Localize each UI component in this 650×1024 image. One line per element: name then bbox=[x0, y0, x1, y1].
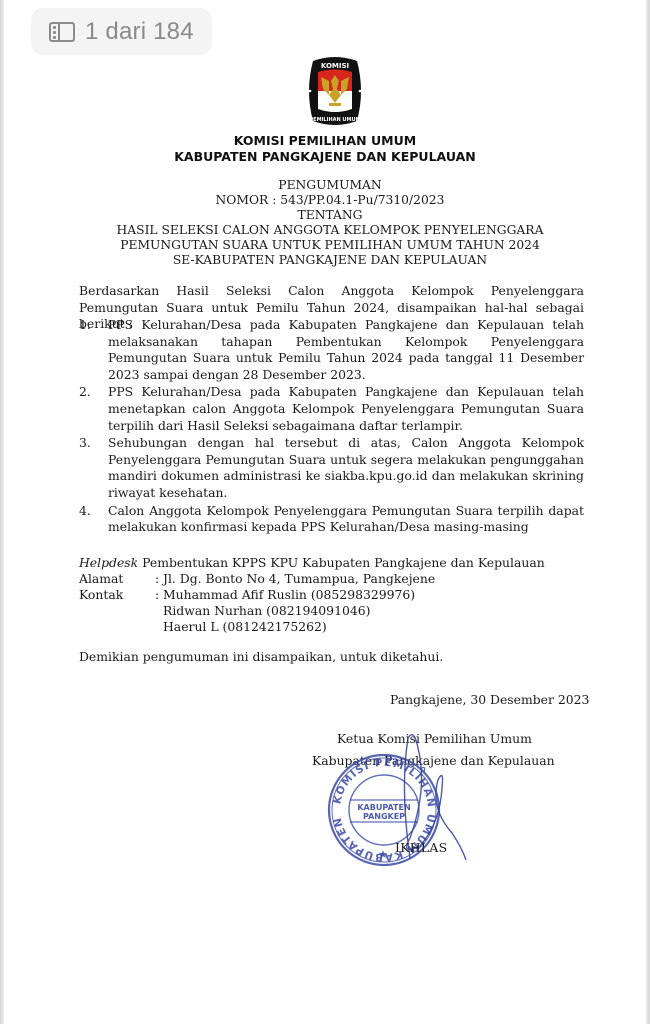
helpdesk-section: Helpdesk Pembentukan KPPS KPU Kabupaten … bbox=[79, 555, 599, 635]
contact-value: Muhammad Afif Ruslin (085298329976) bbox=[163, 587, 415, 603]
contact-row: Kontak : Muhammad Afif Ruslin (085298329… bbox=[79, 587, 599, 603]
helpdesk-heading: Helpdesk Pembentukan KPPS KPU Kabupaten … bbox=[79, 555, 599, 571]
org-name-line2: KABUPATEN PANGKAJENE DAN KEPULAUAN bbox=[0, 149, 650, 165]
list-text: Sehubungan dengan hal tersebut di atas, … bbox=[108, 435, 584, 501]
list-number: 3. bbox=[79, 435, 108, 501]
list-item: 1. PPS Kelurahan/Desa pada Kabupaten Pan… bbox=[79, 317, 584, 383]
announcement-subject-line: HASIL SELEKSI CALON ANGGOTA KELOMPOK PEN… bbox=[0, 223, 650, 238]
contact-value: Ridwan Nurhan (082194091046) bbox=[79, 603, 599, 619]
list-number: 4. bbox=[79, 503, 108, 536]
list-text: PPS Kelurahan/Desa pada Kabupaten Pangka… bbox=[108, 317, 584, 383]
list-text: PPS Kelurahan/Desa pada Kabupaten Pangka… bbox=[108, 384, 584, 434]
address-value: Jl. Dg. Bonto No 4, Tumampua, Pangkejene bbox=[163, 571, 435, 587]
signatory-name: IKHLAS bbox=[395, 840, 447, 855]
announcement-subject-line: PEMUNGUTAN SUARA UNTUK PEMILIHAN UMUM TA… bbox=[0, 238, 650, 253]
list-number: 1. bbox=[79, 317, 108, 383]
contact-label: Kontak bbox=[79, 587, 155, 603]
place-date: Pangkajene, 30 Desember 2023 bbox=[390, 692, 589, 707]
announcement-number: NOMOR : 543/PP.04.1-Pu/7310/2023 bbox=[0, 193, 650, 208]
page-indicator-button[interactable]: 1 dari 184 bbox=[31, 8, 212, 55]
kpu-logo-icon: KOMISI PEMILIHAN UMUM bbox=[303, 55, 367, 127]
list-item: 4. Calon Anggota Kelompok Penyelenggara … bbox=[79, 503, 584, 536]
org-name-line1: KOMISI PEMILIHAN UMUM bbox=[0, 133, 650, 149]
address-label: Alamat bbox=[79, 571, 155, 587]
closing-sentence: Demikian pengumuman ini disampaikan, unt… bbox=[79, 649, 443, 664]
numbered-list: 1. PPS Kelurahan/Desa pada Kabupaten Pan… bbox=[79, 317, 584, 537]
helpdesk-description: Pembentukan KPPS KPU Kabupaten Pangkajen… bbox=[138, 555, 545, 570]
list-item: 3. Sehubungan dengan hal tersebut di ata… bbox=[79, 435, 584, 501]
list-item: 2. PPS Kelurahan/Desa pada Kabupaten Pan… bbox=[79, 384, 584, 434]
sidebar-icon bbox=[49, 22, 75, 42]
page-indicator-text: 1 dari 184 bbox=[85, 18, 194, 46]
svg-text:PEMILIHAN UMUM: PEMILIHAN UMUM bbox=[309, 117, 360, 123]
list-text: Calon Anggota Kelompok Penyelenggara Pem… bbox=[108, 503, 584, 536]
list-number: 2. bbox=[79, 384, 108, 434]
helpdesk-label: Helpdesk bbox=[79, 555, 138, 570]
address-row: Alamat : Jl. Dg. Bonto No 4, Tumampua, P… bbox=[79, 571, 599, 587]
announcement-about: TENTANG bbox=[0, 208, 650, 223]
announcement-subject-line: SE-KABUPATEN PANGKAJENE DAN KEPULAUAN bbox=[0, 253, 650, 268]
svg-text:KOMISI: KOMISI bbox=[321, 62, 349, 70]
contact-value: Haerul L (081242175262) bbox=[79, 619, 599, 635]
announcement-title: PENGUMUMAN bbox=[0, 178, 650, 193]
